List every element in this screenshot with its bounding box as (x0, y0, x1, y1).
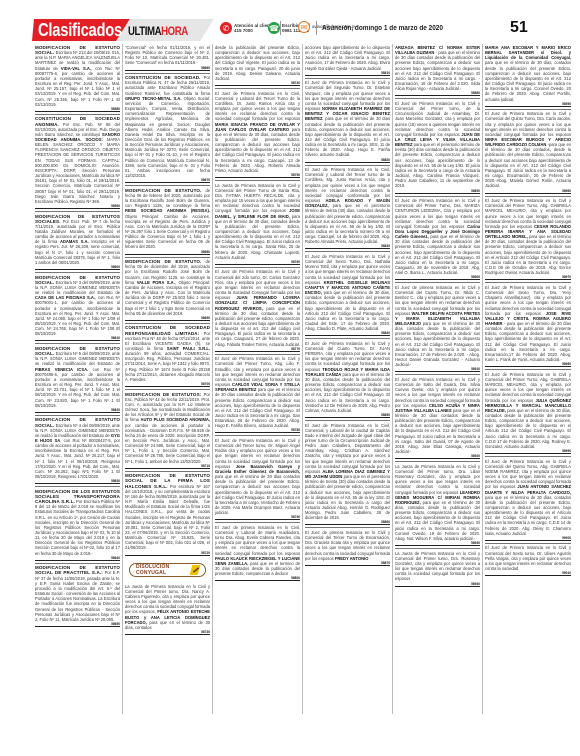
notice-body: Por E.P. Nº 37 de fecha 14/06/2019, pasa… (35, 570, 120, 621)
notice-code: 58830 (305, 244, 390, 249)
notice-code: 58610 (35, 336, 120, 341)
notice-tail: para que en el perentorio término de tre… (305, 474, 390, 520)
classified-notice: desde la publicación del presente Edicto… (215, 44, 300, 87)
notice-body: El Juez de Primera Instancia en lo Civil… (485, 111, 571, 137)
classified-notice: El Juez de primera Instancia en lo Civil… (215, 522, 300, 582)
classified-notice: El Juez de Primera Instancia en lo Civil… (305, 78, 390, 164)
notice-tail: para que en el término de 30 días, conta… (215, 214, 300, 260)
notice-code: 58760 (215, 260, 300, 265)
notice-code: 58920 (395, 454, 480, 459)
classified-notice: El Juez de Primera Instancia en lo Civil… (215, 354, 300, 435)
classified-notice: ARIZAGA BENITEZ C/ NORMA ESTER VILLALBA … (395, 44, 480, 97)
notice-code: 58870 (305, 561, 390, 566)
notice-body: acciones bajo apercibimiento de lo dispu… (305, 45, 390, 71)
notice-body: desde la publicación del presente Edicto… (215, 45, 300, 81)
notice-code: 58860 (305, 520, 390, 525)
classified-notice: El Juez de Primera Instancia en lo Civil… (485, 369, 571, 455)
classified-notice: El Juez de Primera Instancia en lo Civil… (485, 196, 571, 282)
classified-notice: El Juez de Primera Instancia en lo Civil… (215, 435, 300, 521)
notice-tail: , con Ruc Nº 80087775-6, por cambio de a… (35, 66, 120, 107)
notice-code: 58620 (35, 408, 120, 413)
notice-body: La Jueza de Primera Instancia en lo Civi… (215, 183, 300, 214)
notice-code: 58630 (35, 479, 120, 484)
notice-body: El Juez de primera Instancia en lo Civil… (215, 525, 300, 556)
phone-icon: ✆ (220, 22, 232, 34)
section-banner-label: DISOLUCIÓN CONYUGAL (136, 564, 191, 576)
classified-notice: El Juez de Primera Instancia en lo Civil… (395, 374, 480, 460)
notice-code: 58910 (395, 367, 480, 372)
notice-tail: , Objeto Principal: Cambio de Acciones. … (125, 280, 210, 316)
notice-tail: para que en el término de 30 días, conta… (485, 60, 571, 101)
classified-notice: MODIFICACION DE ESTATUTO. de fecha 06 de… (125, 185, 210, 255)
notice-code: 58640 (35, 556, 120, 561)
notice-tail: , con Ruc Nº 80028427-5, por cambio de a… (35, 438, 120, 479)
column-1: MODIFICACION DE ESTATUTO SOCIAL. Escritu… (33, 44, 123, 714)
notice-bold: FREDY ANTONIO (335, 556, 369, 561)
notice-body: El Juez de Primera Instancia en lo Civil… (305, 423, 390, 474)
notice-tail: para que en el término de 30 días, conta… (305, 372, 390, 413)
notice-code: 58790 (215, 515, 300, 520)
column-2: "Comercial" en fecha 01/11/2019, y en el… (123, 44, 213, 714)
column-3: desde la publicación del presente Edicto… (213, 44, 303, 714)
dateline: Asunción, domingo 1 de marzo de 2020 (322, 25, 443, 32)
notice-code: 58990 (485, 449, 571, 454)
notice-tail: , para que en el término de 30 días cont… (305, 116, 390, 157)
classified-notice: MODIFICACION DE ESTATUTO SOCIAL. Escritu… (35, 343, 120, 413)
notice-body: El Juez de Primera Instancia en lo Civil… (215, 91, 300, 122)
notice-code: 58660 (125, 66, 210, 71)
notice-code: 58740 (215, 81, 300, 86)
classified-notice: El Juez de primera Instancia en lo Civil… (395, 282, 480, 373)
classified-notice: El Juez de Primera Instancia en lo Civil… (485, 456, 571, 542)
classified-notice: MODIFICACION DE ESTATUTO. de fecha 05 de… (125, 257, 210, 322)
classified-notice: MODIFICACION DE ESTATUTO SOCIAL DE LA FI… (125, 471, 210, 557)
notice-code: 58890 (395, 189, 480, 194)
notice-code: 58800 (215, 576, 300, 581)
notice-tail: MARIA BELEN SANCHEZ OROZCO Y MARIA FLORE… (35, 137, 120, 204)
notice-tail: para que en el término de 30 días, conta… (215, 127, 300, 173)
notice-tail: con Ruc Nº 80070486-6, por cambio de acc… (35, 367, 120, 408)
notice-tail: Objeto Social: servicios de Comercio, Im… (125, 96, 210, 178)
notice-code: 58780 (215, 428, 300, 433)
notice-tail: Objeto Principal: Cambio de Acciones. In… (125, 214, 210, 250)
notice-tail: para que en el término de 30 días contad… (395, 408, 480, 454)
notice-code: 58690 (125, 316, 210, 321)
notice-code: 58810 (305, 71, 390, 76)
page-header: Clasificados ULTIMAHORA ✆ Atención al cl… (32, 19, 572, 41)
notice-tail: para que en el término de 30 días, conta… (485, 408, 571, 449)
classified-notice: El Juez de primera Instancia en lo Civil… (305, 527, 390, 566)
classified-notice: MARIA ANA ESCOBAR Y MARIO ERICO BERNAL S… (485, 44, 571, 108)
classifieds-columns: MODIFICACION DE ESTATUTO SOCIAL. Escritu… (33, 44, 573, 714)
notice-code: 58580 (35, 107, 120, 112)
classified-notice: MODIFICACION DE ESTATUTO SOCIAL. Escritu… (35, 415, 120, 485)
notice-bold: MARIA ANA ESCOBAR Y MARIO ERICO BERNAL S… (485, 45, 571, 60)
notice-tail: para que en el término de 30 días contad… (395, 234, 480, 275)
column-5: ARIZAGA BENITEZ C/ NORMA ESTER VILLALBA … (393, 44, 483, 714)
brand-block: Clasificados ULTIMAHORA (32, 19, 207, 41)
notice-tail: para que en el término de 30 días, conta… (485, 495, 571, 536)
notice-code: 58930 (395, 541, 480, 546)
notice-bold: MARIA IGNACIA FRANCO DE OVELAR Y JUAN CA… (215, 122, 300, 132)
classified-notice: "Comercial" en fecha 01/11/2019, y en el… (125, 44, 210, 72)
whatsapp-icon: ☎ (268, 22, 280, 34)
classified-notice: El Juez de Primera Instancia en lo Civil… (305, 338, 390, 419)
classified-notice: La Jueza de Primera Instancia en lo Civi… (125, 583, 210, 636)
classified-notice: acciones bajo apercibimiento de lo dispu… (305, 44, 390, 77)
notice-code: 58730 (125, 630, 210, 635)
notice-code: 58820 (305, 158, 390, 163)
column-4: acciones bajo apercibimiento de lo dispu… (303, 44, 393, 714)
notice-tail: - para que en el término de 30 días cont… (395, 50, 480, 91)
notice-body: El Juez de Primera Instancia en lo Civil… (485, 545, 571, 571)
classified-notice: MODIFICACION DE ESTATUTOS SOCIALES. Por … (35, 211, 120, 271)
notice-tail: para que en el término de 30 días, conta… (305, 290, 390, 331)
classified-notice: MODIFICACION DE LOS ESTATUTOS SOCIALES T… (35, 486, 120, 562)
notice-tail: para que en el perentorio término de tre… (305, 203, 390, 244)
notice-tail: para que en el término de 30 días contad… (395, 321, 480, 367)
notice-code: 58880 (395, 91, 480, 96)
notice-tail: -para que en el término de 30 días conta… (485, 142, 571, 188)
notice-code: 58940 (395, 582, 480, 587)
notice-code: 58840 (305, 331, 390, 336)
classified-notice: La Jueza de Primera Instancia en lo Civi… (215, 180, 300, 266)
notice-tail: para que en el término de 30 días, conta… (395, 500, 480, 541)
notice-code: 58710 (125, 464, 210, 469)
pencil-icon (189, 565, 200, 575)
notice-code: 58670 (125, 178, 210, 183)
notice-code: 58970 (485, 275, 571, 280)
notice-title: CONSTITUCION DE SOCIEDAD RESPONSABILIDAD… (125, 325, 210, 335)
notice-code: 58980 (485, 362, 571, 367)
notice-body: "Comercial" en fecha 01/11/2019, y en el… (125, 45, 210, 65)
notice-code: 58960 (485, 189, 571, 194)
section-banner-disolucion-conyugal: DISOLUCIÓN CONYUGAL (129, 563, 206, 577)
notice-tail: para que en el perentorio término de tre… (395, 142, 480, 188)
classified-notice: CONSTITUCION DE SOCIEDAD ANONIMA. Por Es… (35, 114, 120, 210)
notice-code: 58900 (395, 275, 480, 280)
notice-code: 58600 (35, 265, 120, 270)
section-title: Clasificados (38, 20, 122, 41)
notice-tail: , con Ruc Nº 80079001-1, por cambio de a… (35, 295, 120, 336)
classified-notice: La Jueza de Primera Instancia en lo Civi… (395, 461, 480, 547)
classified-notice: CONSTITUCION DE SOCIEDAD RESPONSABILIDAD… (125, 323, 210, 388)
classified-notice: El Juez de Primera Instancia en lo Civil… (395, 98, 480, 194)
notice-tail: por cambio de acciones al portador a nom… (125, 423, 210, 464)
notice-code: 58590 (35, 204, 120, 209)
classified-notice: El Juez de Primera Instancia en lo Civil… (485, 109, 571, 195)
notice-code: 59000 (485, 536, 571, 541)
classified-notice: El Juez de Primera Instancia en lo Civil… (305, 251, 390, 337)
classified-notice: El Juez de Primera Instancia en lo Civil… (485, 282, 571, 368)
notice-tail: para que en el término de 30 días contad… (215, 306, 300, 347)
classified-notice: La Jueza de Primera Instancia en lo Civi… (395, 548, 480, 587)
notice-code: 58770 (215, 347, 300, 352)
notice-tail: para que en el término de 30 días contad… (215, 387, 300, 428)
notice-code: 58850 (305, 413, 390, 418)
classified-notice: El Juez de Primera Instancia en lo Civil… (305, 420, 390, 526)
notice-code: 58750 (215, 173, 300, 178)
classified-notice: El Juez de Primera Instancia en lo Civil… (215, 88, 300, 179)
classified-notice: El Juez de Primera Instancia en lo Civil… (485, 543, 571, 577)
notice-code: 58700 (125, 382, 210, 387)
notice-code: 59010 (485, 571, 571, 576)
notice-body: Por escritura Nº 157 del 16/10/2018, y s… (125, 484, 210, 551)
classified-notice: El Juez de Primera Instancia en lo Civil… (395, 196, 480, 282)
newspaper-logo: ULTIMAHORA (128, 24, 188, 38)
notice-code: 58680 (125, 250, 210, 255)
classified-notice: MODIFICACION DE ESTATUTO SOCIAL. Escritu… (35, 272, 120, 342)
notice-tail: - para que en el término de 30 días cont… (485, 321, 571, 362)
envelope-icon: ✉ (298, 21, 310, 33)
page-number: 51 (510, 19, 528, 37)
notice-tail: para que en el termino de 30 días contad… (215, 474, 300, 515)
notice-tail: duración 99 años, actividad COMERCIAL. I… (125, 351, 210, 382)
classified-notice: MODIFICACION DE ESTATUTO SOCIAL. Escritu… (35, 44, 120, 113)
notice-body: La Jueza de Primera Instancia en lo Civi… (395, 551, 480, 582)
classified-notice: El Juez de Primera Instancia en lo Civil… (215, 267, 300, 353)
classified-notice: CONSTITUCION DE SOCIEDAD. Por Escritura … (125, 73, 210, 185)
notice-body: Por Escritura Pública Nº 8 del 13 de Mar… (35, 499, 120, 556)
classified-notice: MODIFICACION DE ESTATUTO SOCIAL DE PRACT… (35, 563, 120, 628)
classified-notice: MODIFICACION DE ESTATUTOS: Por Esc. Públ… (125, 389, 210, 470)
column-6: MARIA ANA ESCOBAR Y MARIO ERICO BERNAL S… (483, 44, 573, 714)
notice-code: 58950 (485, 102, 571, 107)
notice-code: 58720 (125, 551, 210, 556)
notice-code: 58650 (35, 622, 120, 627)
notice-tail: para que en el término de 30 días, conta… (485, 234, 571, 275)
classified-notice: El Juez de Primera Instancia en lo Civil… (305, 165, 390, 251)
